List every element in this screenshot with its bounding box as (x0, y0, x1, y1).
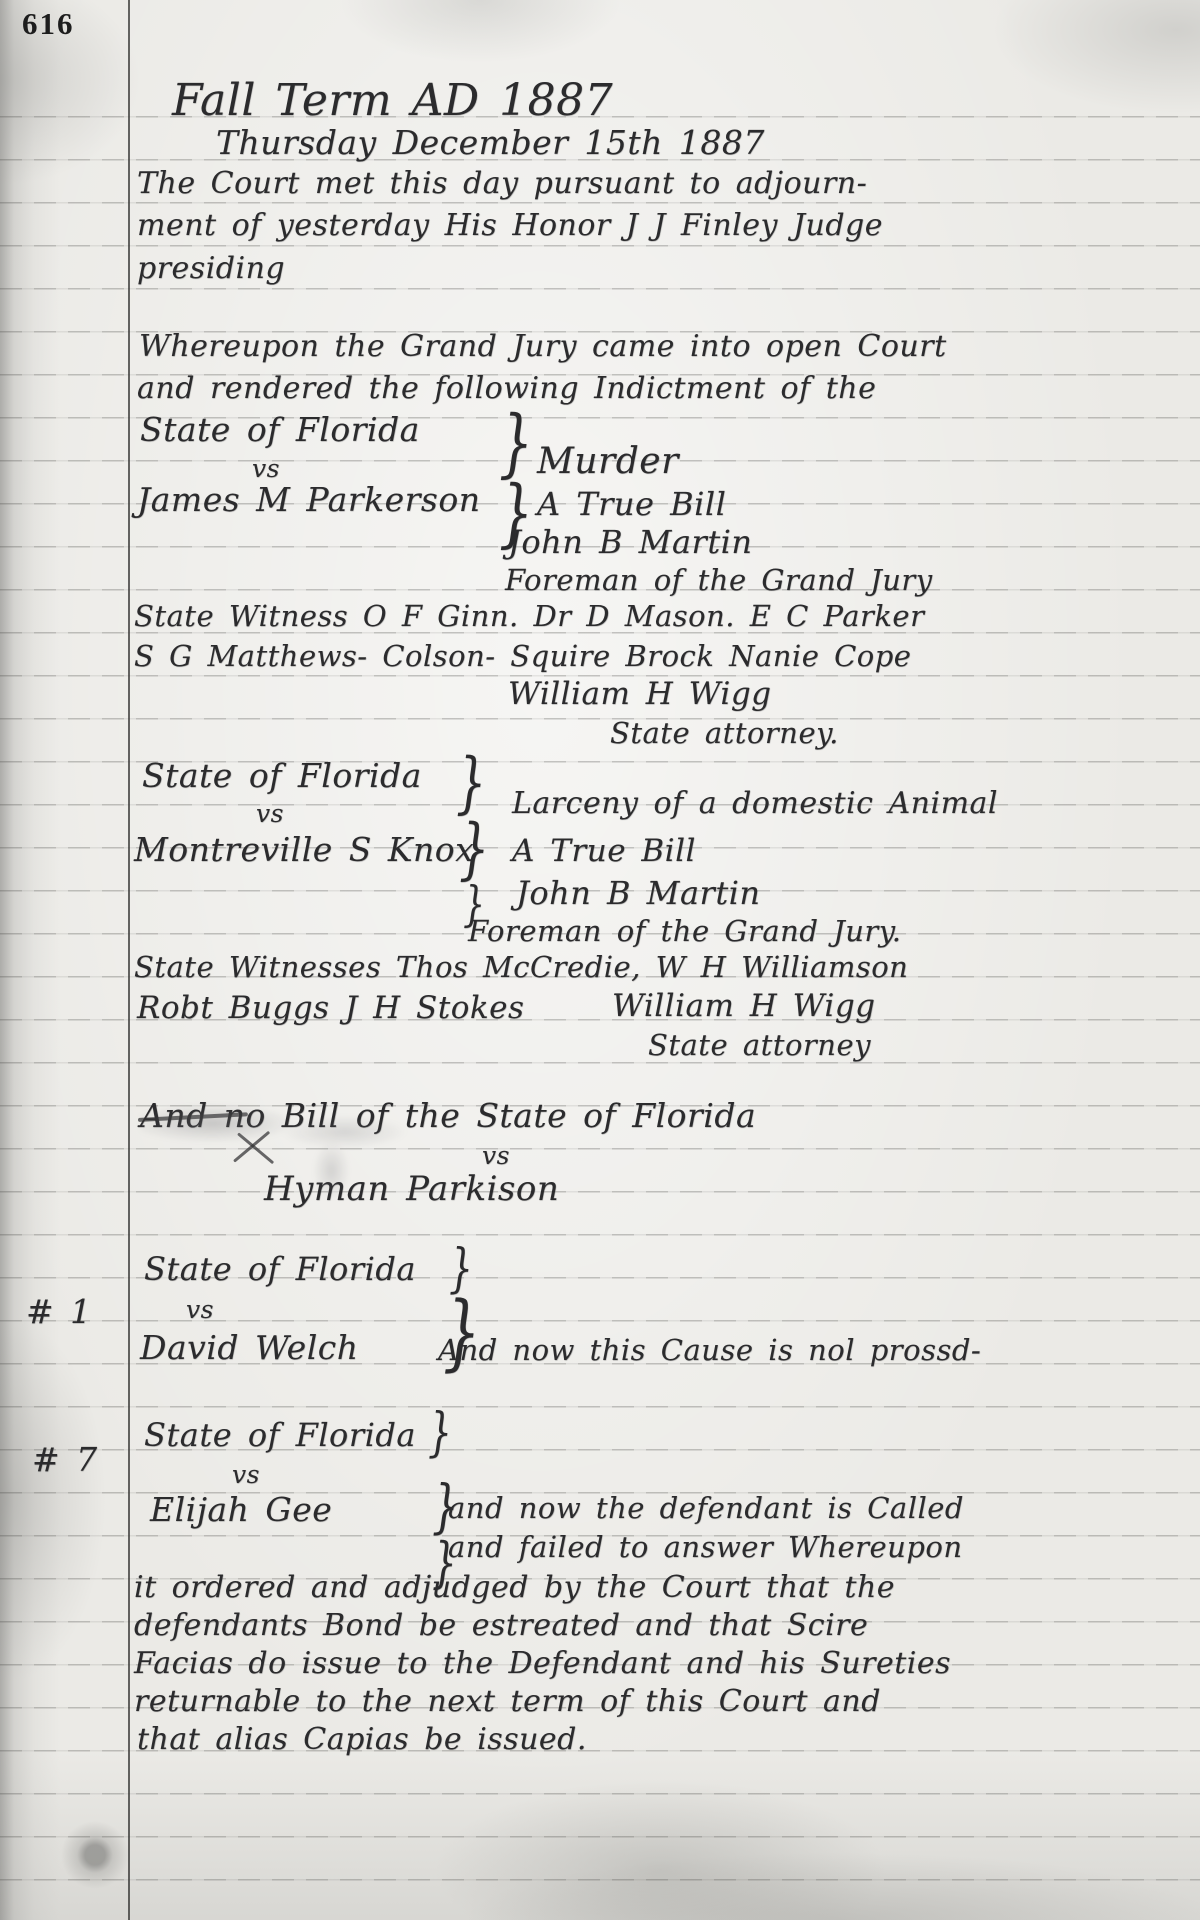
manuscript-line: State attorney (648, 1029, 871, 1062)
manuscript-line: State of Florida (144, 1251, 416, 1288)
manuscript-line: vs (186, 1296, 214, 1325)
manuscript-line: Hyman Parkison (264, 1170, 559, 1209)
case-brace: } (499, 406, 533, 480)
manuscript-line: John B Martin (508, 524, 753, 561)
manuscript-line: that alias Capias be issued. (137, 1723, 587, 1758)
case-brace: } (432, 1536, 457, 1590)
page-number: 616 (22, 6, 75, 42)
manuscript-line: State of Florida (142, 757, 422, 795)
manuscript-line: State Witness O F Ginn. Dr D Mason. E C … (134, 600, 924, 633)
manuscript-line: Elijah Gee (150, 1491, 332, 1529)
manuscript-line: vs (256, 800, 284, 829)
manuscript-line: William H Wigg (612, 989, 876, 1025)
case-brace: } (463, 880, 485, 928)
manuscript-line: returnable to the next term of this Cour… (134, 1685, 881, 1720)
case-brace: } (456, 750, 486, 816)
manuscript-line: and now the defendant is Called (448, 1492, 964, 1525)
case-brace: } (432, 1477, 459, 1535)
manuscript-line: Facias do issue to the Defendant and his… (134, 1647, 951, 1682)
manuscript-line: Robt Buggs J H Stokes (137, 991, 524, 1027)
manuscript-line: defendants Bond be estreated and that Sc… (134, 1609, 868, 1644)
margin-case-number: # 1 (26, 1293, 92, 1331)
manuscript-line: presiding (137, 252, 285, 287)
manuscript-line: Murder (537, 441, 679, 482)
manuscript-line: A True Bill (512, 834, 696, 870)
case-brace: } (428, 1407, 452, 1459)
manuscript-line: ment of yesterday His Honor J J Finley J… (137, 209, 883, 244)
manuscript-line: Montreville S Knox (134, 831, 474, 869)
manuscript-line: And now this Cause is nol prossd- (438, 1334, 981, 1367)
manuscript-line: Thursday December 15th 1887 (216, 124, 765, 162)
manuscript-line: State of Florida (144, 1417, 416, 1454)
manuscript-line: Foreman of the Grand Jury. (468, 915, 902, 948)
manuscript-line: State Witnesses Thos McCredie, W H Willi… (134, 951, 908, 984)
manuscript-line: Larceny of a domestic Animal (512, 787, 998, 822)
manuscript-line: vs (232, 1461, 260, 1490)
manuscript-line: vs (482, 1142, 510, 1171)
manuscript-line: The Court met this day pursuant to adjou… (137, 167, 867, 202)
ledger-page: 616 Fall Term AD 1887Thursday December 1… (0, 0, 1200, 1920)
manuscript-line: David Welch (140, 1329, 359, 1367)
manuscript-line: it ordered and adjudged by the Court tha… (134, 1571, 895, 1606)
case-brace: } (499, 476, 533, 550)
margin-rule-line (128, 0, 130, 1920)
manuscript-line: State of Florida (140, 411, 420, 449)
manuscript-line: William H Wigg (508, 677, 772, 713)
case-brace: } (459, 816, 489, 882)
manuscript-line: Whereupon the Grand Jury came into open … (139, 330, 947, 365)
manuscript-line: Fall Term AD 1887 (172, 76, 613, 127)
manuscript-line: S G Matthews- Colson- Squire Brock Nanie… (134, 640, 911, 673)
case-brace: } (443, 1292, 481, 1374)
manuscript-line: James M Parkerson (137, 481, 480, 519)
manuscript-line: John B Martin (516, 875, 761, 912)
manuscript-line: State attorney. (610, 717, 839, 750)
margin-case-number: # 7 (32, 1441, 98, 1479)
manuscript-line: and failed to answer Whereupon (448, 1531, 963, 1564)
manuscript-line: Foreman of the Grand Jury (505, 564, 933, 597)
manuscript-line: A True Bill (537, 486, 726, 523)
strike-mark (237, 1132, 274, 1164)
